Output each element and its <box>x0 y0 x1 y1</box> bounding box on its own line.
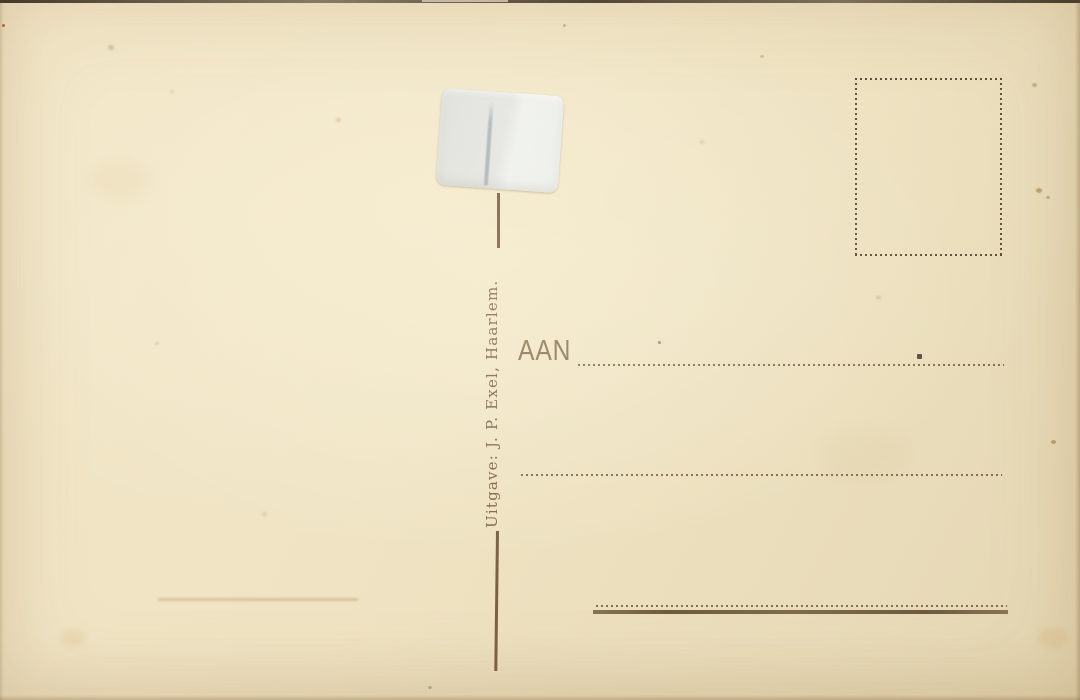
bottom-rule <box>593 610 1008 614</box>
foxing-spot <box>108 45 114 50</box>
foxing-spot <box>876 296 881 299</box>
foxing-spot <box>1046 196 1050 199</box>
card-top-edge-highlight <box>422 0 508 2</box>
foxing-spot <box>428 686 432 689</box>
foxing-spot <box>917 354 922 359</box>
smudge-line <box>158 598 358 601</box>
foxing-spot <box>700 140 704 144</box>
divider-line-lower <box>494 531 499 671</box>
foxing-spot <box>760 55 764 58</box>
foxing-spot <box>1036 188 1042 193</box>
foxing-spot <box>155 342 159 345</box>
foxing-spot <box>1051 440 1056 444</box>
foxing-spot <box>563 24 566 27</box>
stamp-box-edge-bottom <box>855 254 1002 256</box>
sticker <box>436 88 564 193</box>
stamp-box-edge-left <box>855 78 857 256</box>
foxing-spot <box>2 24 5 27</box>
foxing-spot <box>262 512 267 516</box>
foxing-spot <box>90 160 150 200</box>
postcard-back: Uitgave: J. P. Exel, Haarlem. AAN <box>0 0 1080 700</box>
foxing-spot <box>1032 83 1037 87</box>
foxing-spot <box>170 90 174 93</box>
stamp-box-edge-top <box>855 78 1002 80</box>
sticker-divider-show-through <box>484 101 494 185</box>
stamp-box-edge-right <box>1000 78 1002 256</box>
address-line-3-dotted <box>596 605 1007 607</box>
stamp-box <box>855 78 1002 256</box>
card-left-edge <box>0 0 4 700</box>
card-top-edge <box>0 0 1080 3</box>
foxing-spot <box>60 630 86 646</box>
foxing-spot <box>658 341 661 344</box>
publisher-imprint: Uitgave: J. P. Exel, Haarlem. <box>481 246 503 528</box>
address-line-2 <box>521 474 1002 476</box>
foxing-spot <box>336 118 341 122</box>
card-bottom-edge <box>0 695 1080 700</box>
divider-line-upper <box>497 193 500 248</box>
address-line-1 <box>578 364 1004 366</box>
foxing-spot <box>1038 628 1068 648</box>
card-right-edge <box>1075 0 1080 700</box>
address-to-label: AAN <box>518 337 571 366</box>
foxing-spot <box>820 430 910 480</box>
